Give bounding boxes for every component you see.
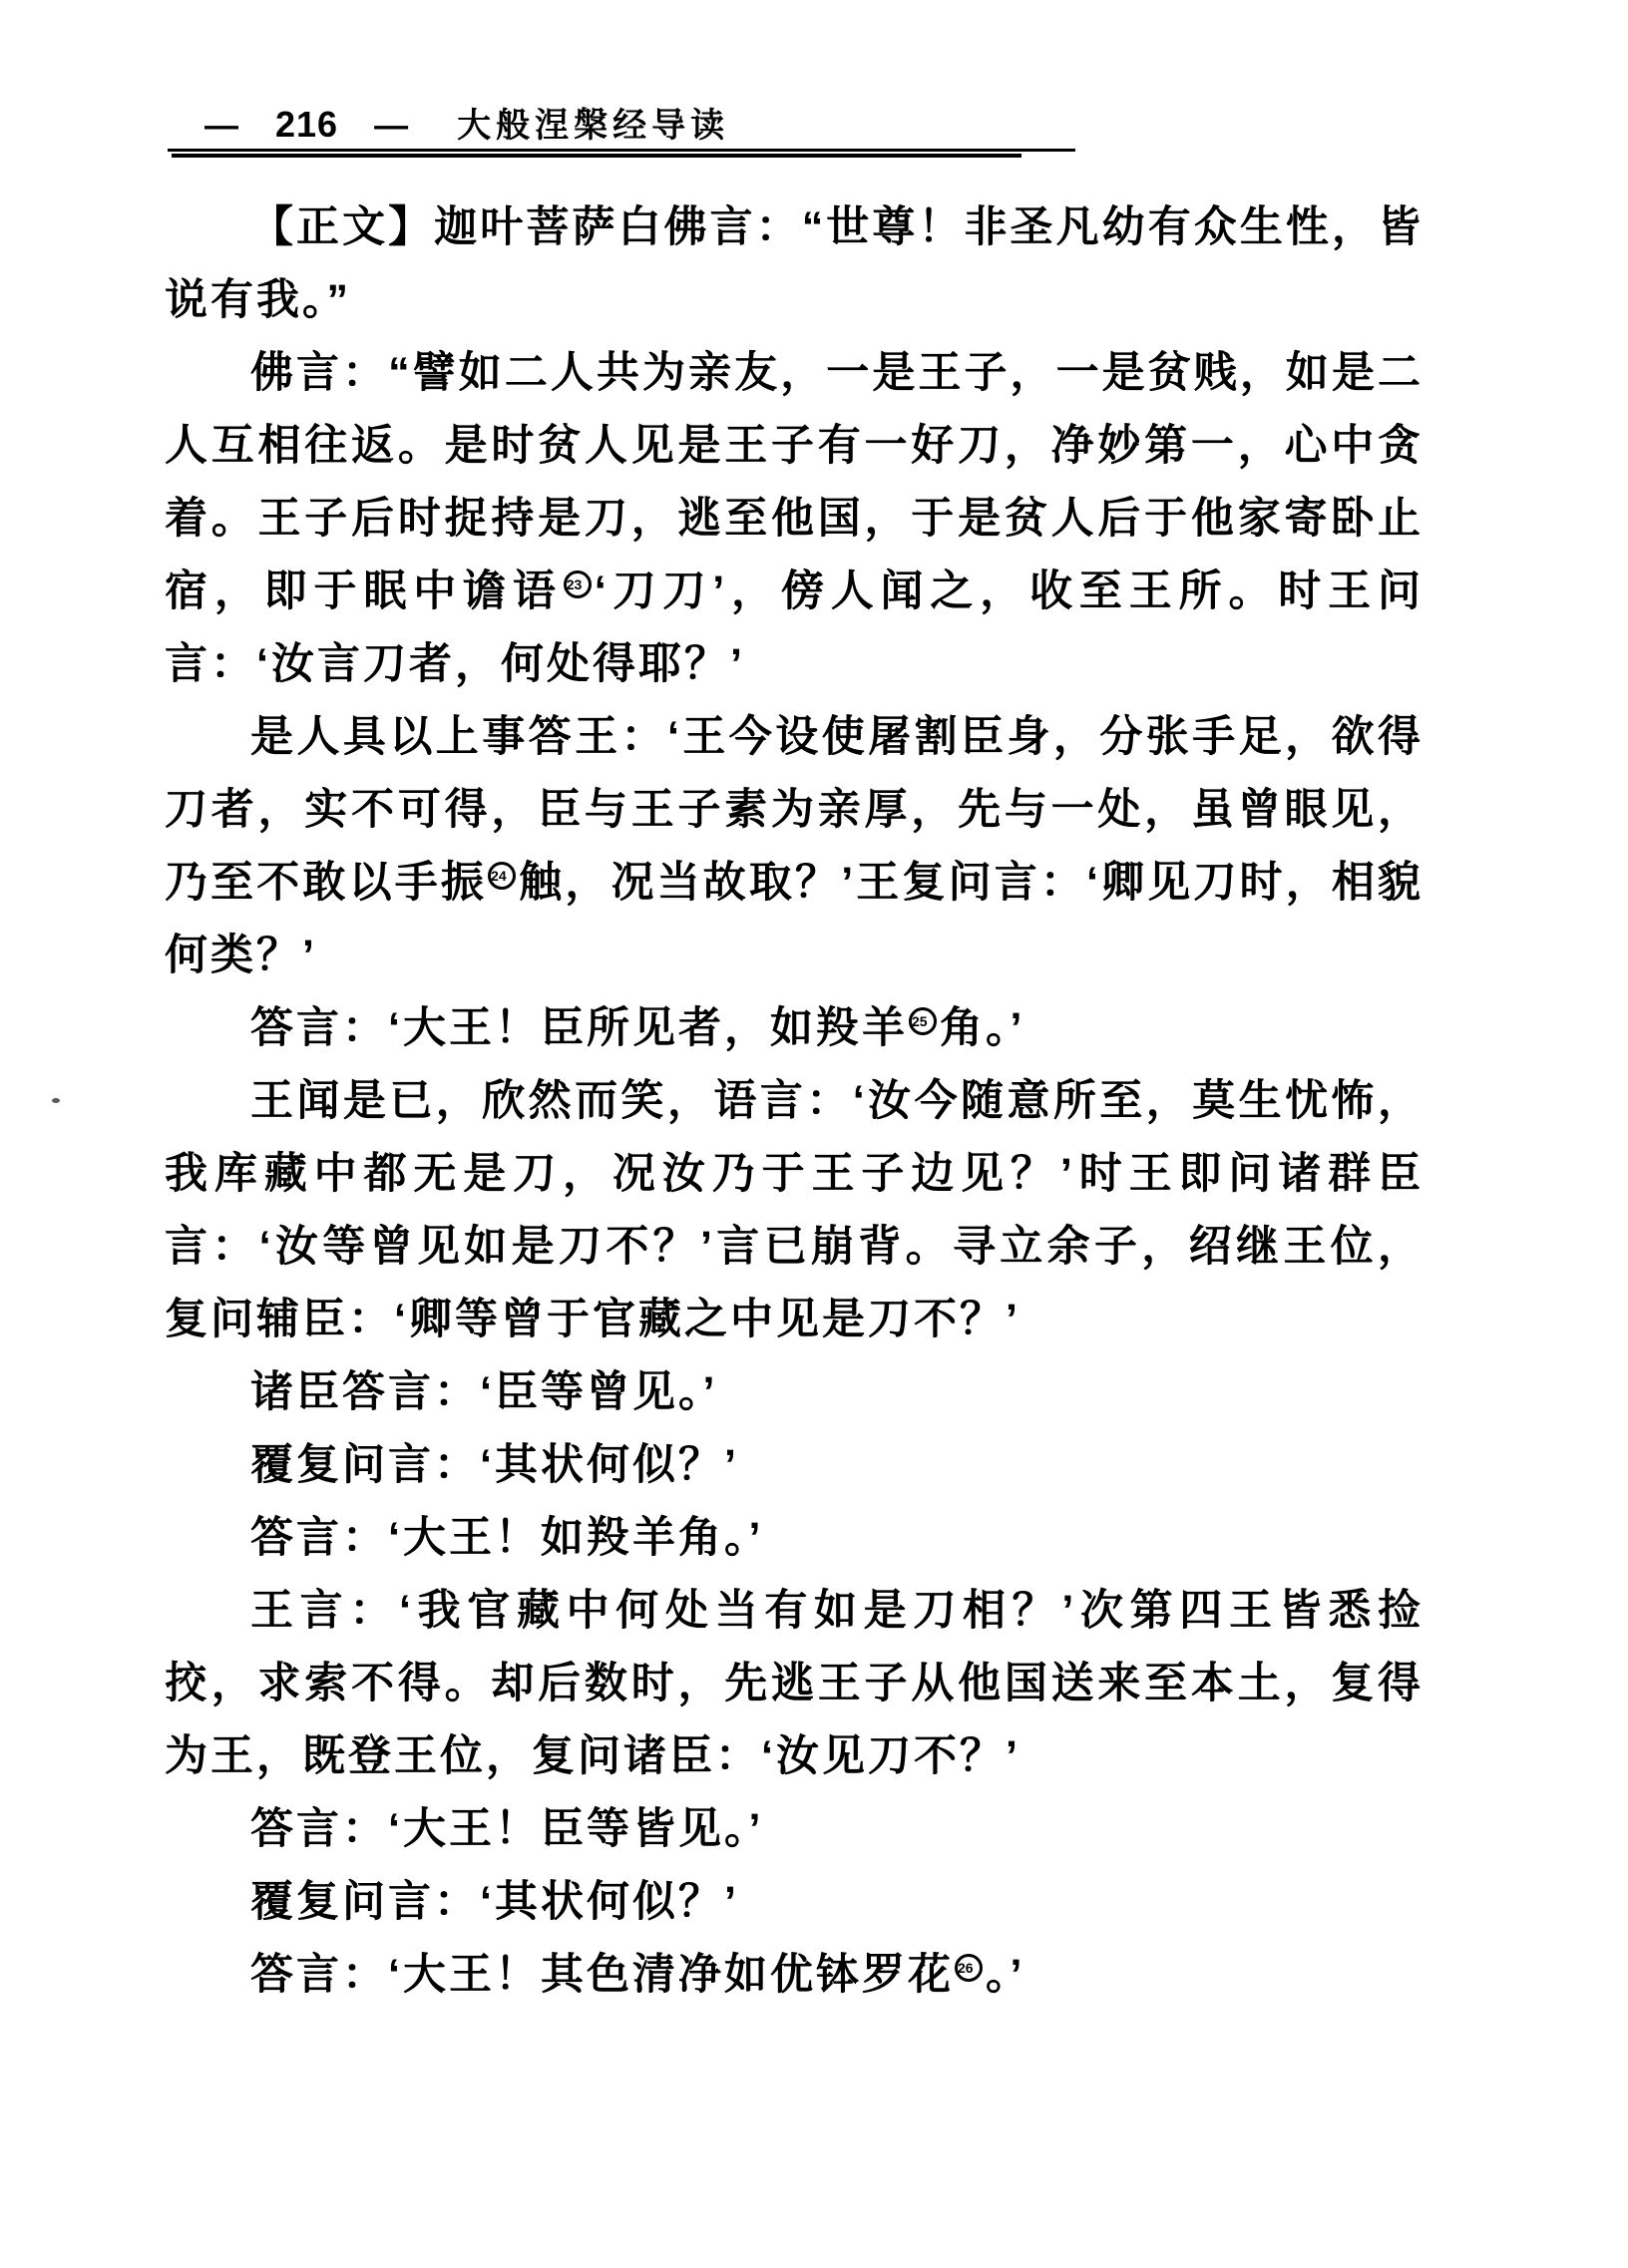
text-run: 王言：‘我官藏中何处当有如是刀相？’次第四王皆悉捡挍，求索不得。却后数时，先逃王… — [165, 1587, 1424, 1780]
footnote-ref: 23 — [564, 570, 592, 598]
paragraph: 答言：‘大王！如羖羊角。’ — [165, 1502, 1424, 1575]
text-run: 答言：‘大王！臣等皆见。’ — [250, 1805, 763, 1853]
paragraph: 答言：‘大王！臣等皆见。’ — [165, 1793, 1424, 1866]
paragraph: 王闻是已，欣然而笑，语言：‘汝今随意所至，莫生忧怖，我库藏中都无是刀，况汝乃于王… — [165, 1065, 1424, 1356]
paragraph: 佛言：“譬如二人共为亲友，一是王子，一是贫贱，如是二人互相往返。是时贫人见是王子… — [165, 337, 1424, 701]
footnote-ref: 25 — [909, 1007, 937, 1035]
book-title: 大般涅槃经导读 — [457, 98, 729, 147]
header-rule-thick — [172, 154, 1021, 158]
paragraph: 王言：‘我官藏中何处当有如是刀相？’次第四王皆悉捡挍，求索不得。却后数时，先逃王… — [165, 1575, 1424, 1793]
paragraph: 【正文】迦叶菩萨白佛言：“世尊！非圣凡幼有众生性，皆说有我。” — [165, 191, 1424, 337]
text-run: 王闻是已，欣然而笑，语言：‘汝今随意所至，莫生忧怖，我库藏中都无是刀，况汝乃于王… — [165, 1077, 1424, 1343]
page-number: 216 — [275, 104, 338, 146]
header-dash-right: — — [374, 107, 409, 146]
text-run: 覆复问言：‘其状何似？’ — [250, 1441, 739, 1489]
paragraph: 是人具以上事答王：‘王今设使屠割臣身，分张手足，欲得刀者，实不可得，臣与王子素为… — [165, 701, 1424, 992]
scan-artifact-dot — [52, 1098, 60, 1103]
page-body: 【正文】迦叶菩萨白佛言：“世尊！非圣凡幼有众生性，皆说有我。”佛言：“譬如二人共… — [165, 191, 1424, 2012]
text-run: 答言：‘大王！臣所见者，如羖羊 — [250, 1004, 908, 1052]
paragraph: 覆复问言：‘其状何似？’ — [165, 1429, 1424, 1502]
footnote-ref: 26 — [955, 1954, 983, 1982]
book-page: — 216 — 大般涅槃经导读 【正文】迦叶菩萨白佛言：“世尊！非圣凡幼有众生性… — [0, 0, 1628, 2268]
paragraph: 覆复问言：‘其状何似？’ — [165, 1866, 1424, 1939]
text-run: 答言：‘大王！如羖羊角。’ — [250, 1514, 763, 1562]
paragraph: 答言：‘大王！其色清净如优钵罗花26。’ — [165, 1939, 1424, 2012]
text-run: 角。’ — [940, 1004, 1024, 1052]
header-dash-left: — — [204, 107, 239, 146]
text-run: 覆复问言：‘其状何似？’ — [250, 1878, 739, 1926]
paragraph: 诸臣答言：‘臣等曾见。’ — [165, 1356, 1424, 1429]
paragraph: 答言：‘大王！臣所见者，如羖羊25角。’ — [165, 992, 1424, 1065]
page-header: — 216 — 大般涅槃经导读 — [204, 98, 729, 147]
footnote-ref: 24 — [488, 862, 516, 890]
header-rule-thin — [168, 149, 1075, 152]
text-run: 。’ — [986, 1951, 1024, 1999]
text-run: 诸臣答言：‘臣等曾见。’ — [250, 1368, 717, 1416]
text-run: 答言：‘大王！其色清净如优钵罗花 — [250, 1951, 954, 1999]
text-run: 【正文】迦叶菩萨白佛言：“世尊！非圣凡幼有众生性，皆说有我。” — [165, 203, 1424, 324]
